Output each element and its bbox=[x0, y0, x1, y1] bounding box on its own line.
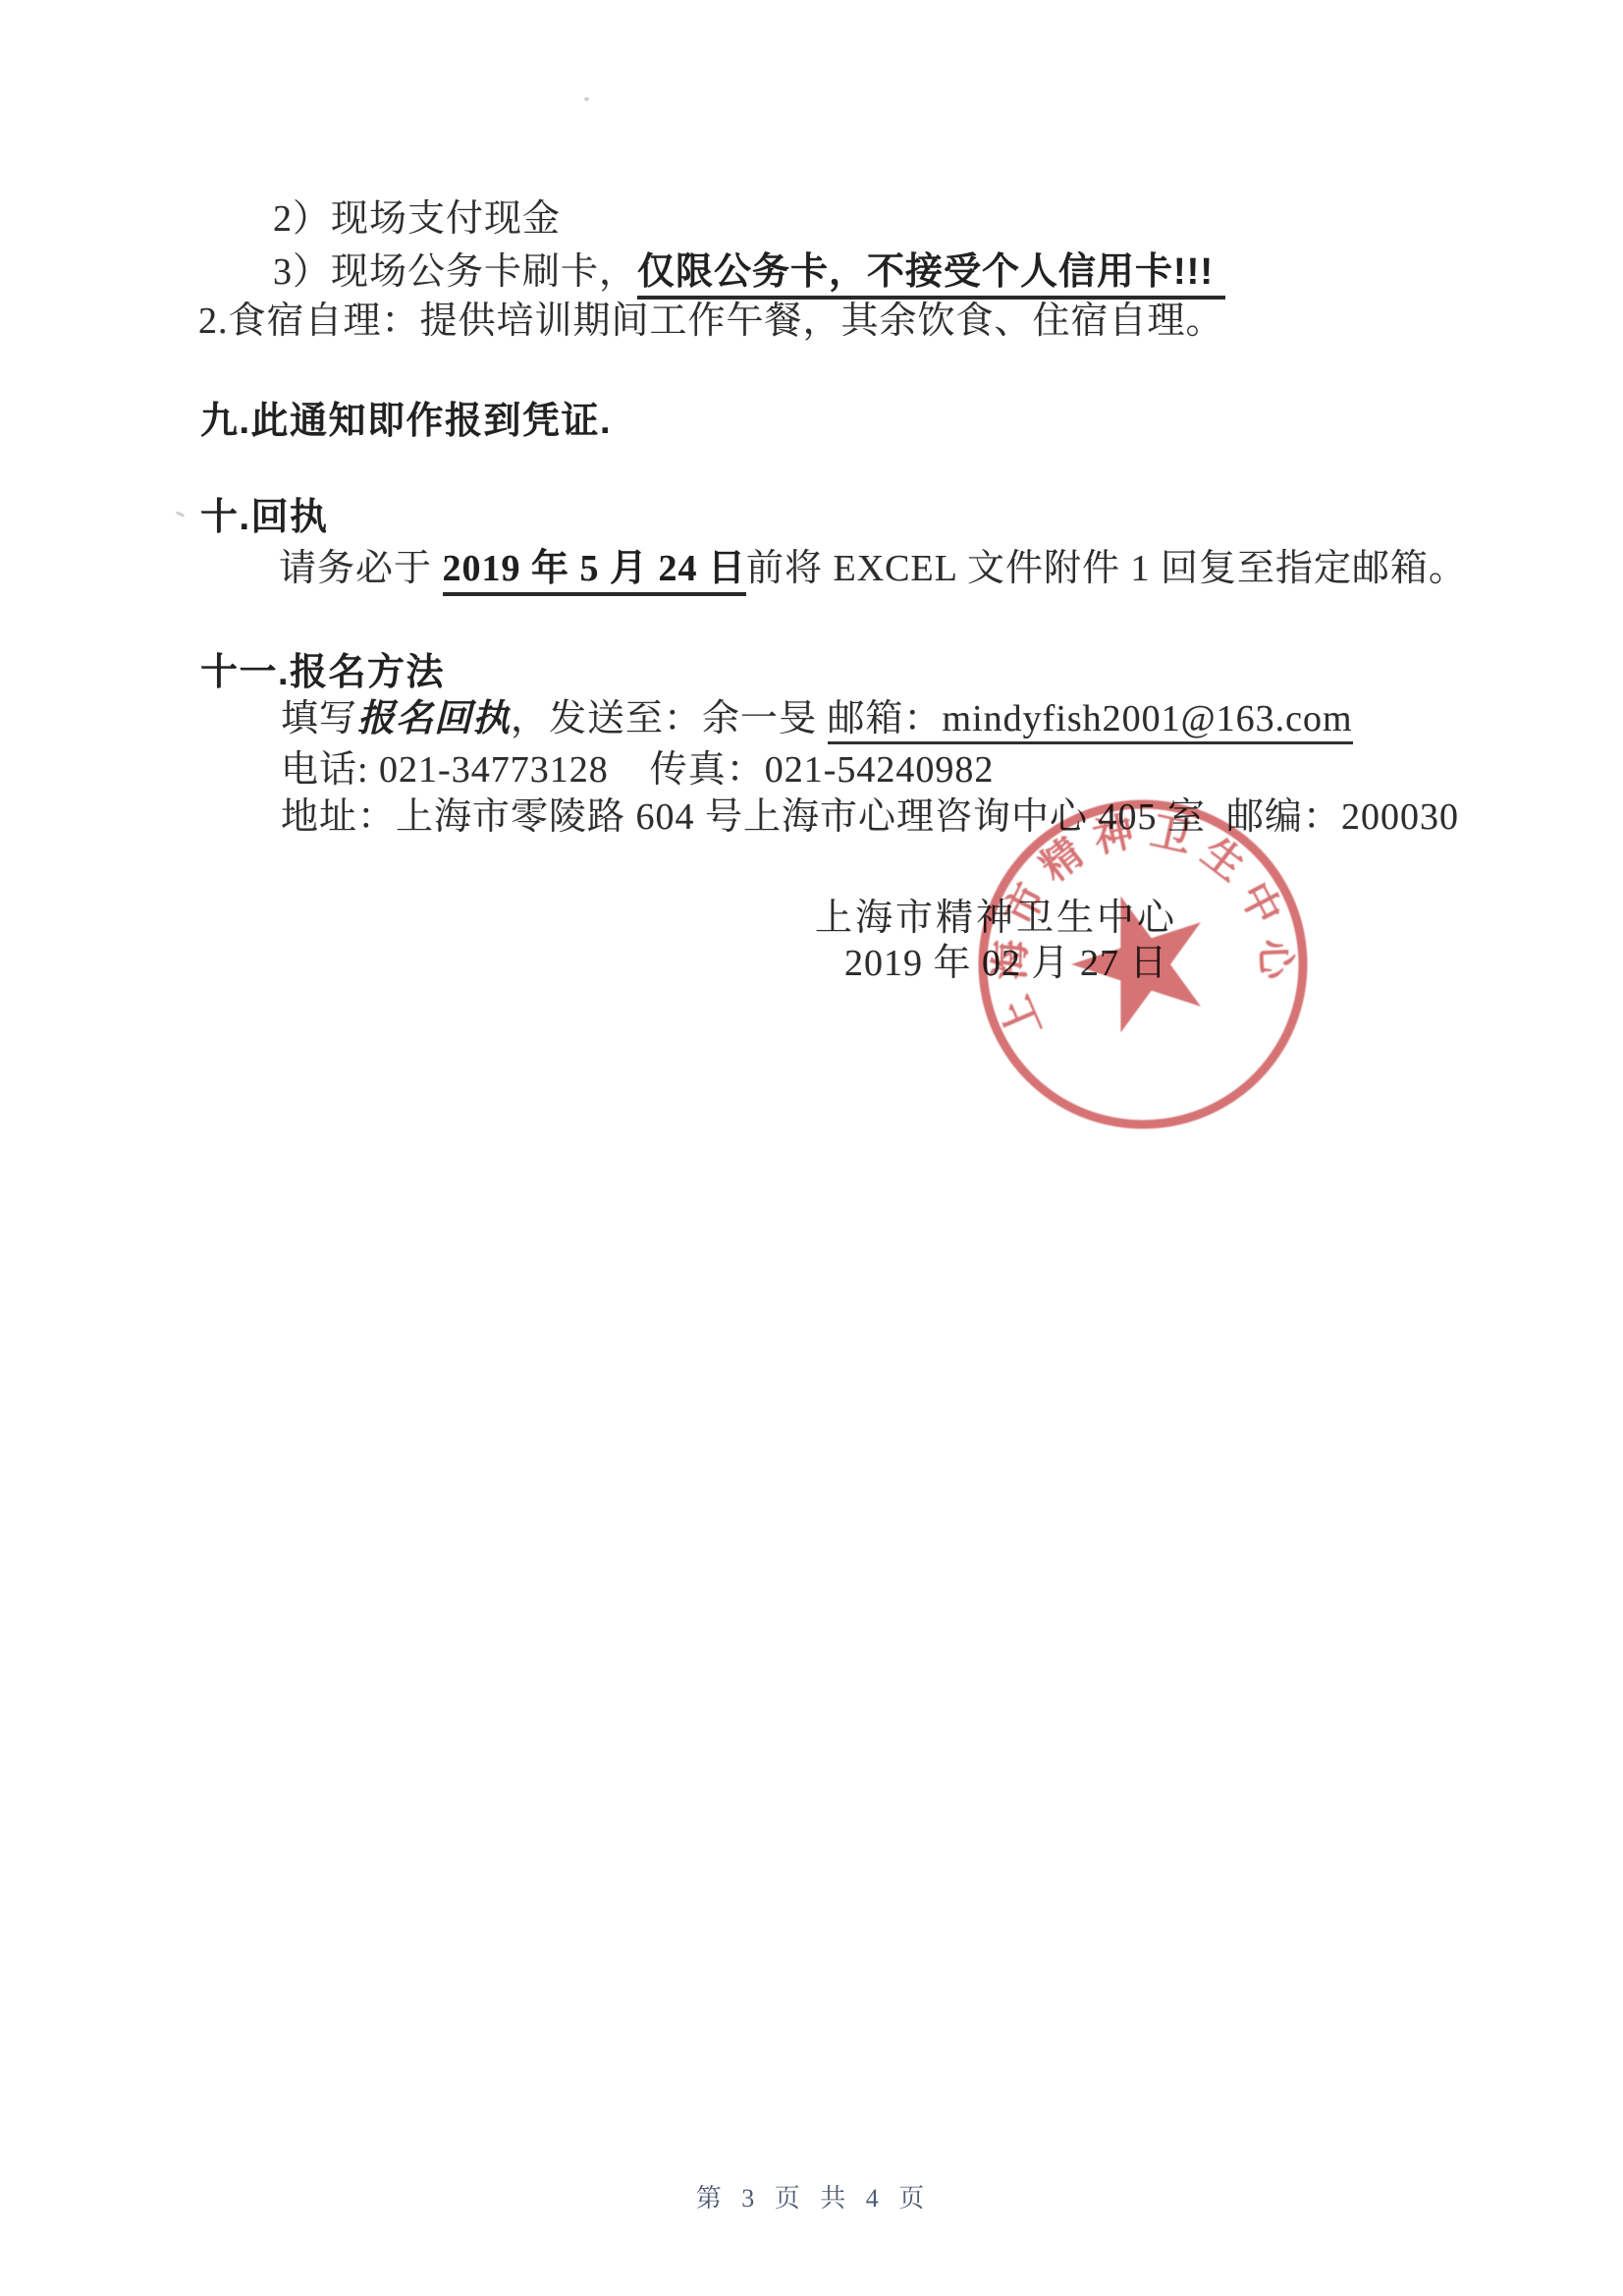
signup-prefix: 填写 bbox=[281, 698, 357, 739]
signup-instruction-line: 填写报名回执，发送至：余一旻 邮箱：mindyfish2001@163.com bbox=[281, 696, 1353, 741]
reply-suffix: 前将 EXCEL 文件附件 1 回复至指定邮箱。 bbox=[746, 548, 1467, 589]
page-number-text: 第 3 页 共 4 页 bbox=[696, 2184, 928, 2213]
reply-deadline-date: 2019 年 5 月 24 日 bbox=[443, 548, 747, 596]
seal-star-icon bbox=[1055, 875, 1225, 1041]
document-page: 2）现场支付现金 3）现场公务卡刷卡，仅限公务卡，不接受个人信用卡!!! 2.食… bbox=[0, 0, 1623, 2296]
signup-doc-name: 报名回执 bbox=[357, 698, 511, 739]
signup-email: 邮箱：mindyfish2001@163.com bbox=[828, 698, 1353, 744]
section-11-heading: 十一.报名方法 bbox=[200, 650, 445, 695]
scan-artifact-dot bbox=[584, 97, 589, 101]
payment-card-prefix: 3）现场公务卡刷卡， bbox=[273, 251, 637, 293]
payment-option-cash-line: 2）现场支付现金 bbox=[273, 196, 561, 242]
signup-contact: ，发送至：余一旻 bbox=[511, 698, 828, 739]
official-seal-stamp: 上海市精神卫生中心 bbox=[949, 771, 1335, 1157]
section-9-heading: 九.此通知即作报到凭证. bbox=[200, 399, 612, 444]
scan-artifact-dot bbox=[176, 511, 185, 518]
reply-prefix: 请务必于 bbox=[279, 548, 443, 589]
meals-line: 2.食宿自理：提供培训期间工作午餐，其余饮食、住宿自理。 bbox=[198, 299, 1224, 344]
payment-option-card-line: 3）现场公务卡刷卡，仅限公务卡，不接受个人信用卡!!! bbox=[273, 249, 1225, 295]
reply-deadline-line: 请务必于 2019 年 5 月 24 日前将 EXCEL 文件附件 1 回复至指… bbox=[279, 546, 1467, 591]
page-footer: 第 3 页 共 4 页 bbox=[0, 2178, 1623, 2214]
phone-fax-line: 电话: 021-34773128 传真：021-54240982 bbox=[281, 747, 994, 793]
payment-card-emphasis: 仅限公务卡，不接受个人信用卡!!! bbox=[637, 251, 1225, 300]
section-10-heading: 十.回执 bbox=[200, 495, 329, 540]
